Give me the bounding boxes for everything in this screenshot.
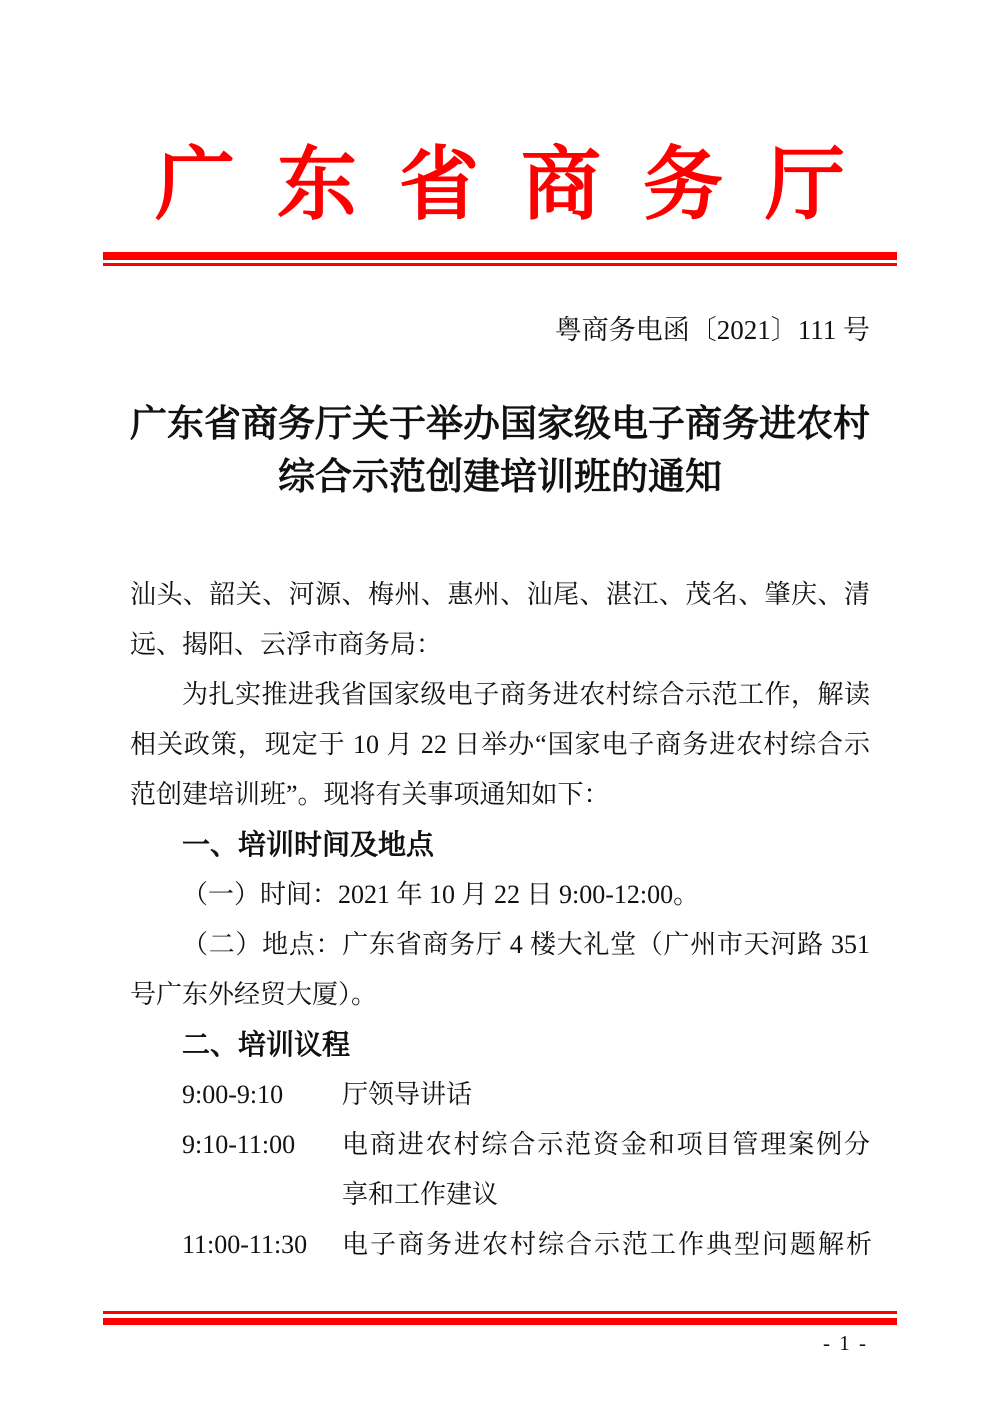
agenda-desc-2: 电商进农村综合示范资金和项目管理案例分 (342, 1120, 870, 1170)
agenda-time-1: 9:00-9:10 (182, 1070, 342, 1120)
footer-divider-thick-line (103, 1318, 897, 1325)
footer-divider (103, 1311, 897, 1325)
addressee-line-2: 远、揭阳、云浮市商务局： (130, 620, 870, 670)
training-place-line-2: 号广东外经贸大厦）。 (130, 970, 870, 1020)
letterhead-divider-thick-line (103, 252, 897, 260)
agenda-row-3: 11:00-11:30 电子商务进农村综合示范工作典型问题解析 (130, 1220, 870, 1270)
agenda-row-2-continued: 享和工作建议 (130, 1170, 870, 1220)
agenda-desc-1: 厅领导讲话 (342, 1070, 870, 1120)
training-time-line: （一）时间：2021 年 10 月 22 日 9:00-12:00。 (130, 870, 870, 920)
doc-number: 粤商务电函〔2021〕111 号 (555, 313, 870, 347)
addressee-line-1: 汕头、韶关、河源、梅州、惠州、汕尾、湛江、茂名、肇庆、清 (130, 570, 870, 620)
agenda-time-2: 9:10-11:00 (182, 1120, 342, 1170)
intro-paragraph-line-1: 为扎实推进我省国家级电子商务进农村综合示范工作，解读 (130, 670, 870, 720)
letterhead-divider (103, 252, 897, 266)
intro-paragraph-line-3: 范创建培训班”。现将有关事项通知如下： (130, 770, 870, 820)
doc-title-line-2: 综合示范创建培训班的通知 (0, 451, 1000, 504)
intro-paragraph-line-2: 相关政策，现定于 10 月 22 日举办“国家电子商务进农村综合示 (130, 720, 870, 770)
agenda-time-3: 11:00-11:30 (182, 1220, 342, 1270)
agenda-row-2: 9:10-11:00 电商进农村综合示范资金和项目管理案例分 (130, 1120, 870, 1170)
agenda-desc-2-continued: 享和工作建议 (342, 1170, 870, 1220)
agenda-time-2-continued (182, 1170, 342, 1220)
document-page: 广东省商务厅 粤商务电函〔2021〕111 号 广东省商务厅关于举办国家级电子商… (0, 0, 1000, 1414)
training-place-line-1: （二）地点：广东省商务厅 4 楼大礼堂（广州市天河路 351 (130, 920, 870, 970)
letterhead-org-name: 广东省商务厅 (0, 138, 1000, 234)
letterhead-divider-thin-line (103, 263, 897, 266)
section-heading-2: 二、培训议程 (130, 1020, 870, 1070)
doc-title-line-1: 广东省商务厅关于举办国家级电子商务进农村 (0, 398, 1000, 451)
document-body: 汕头、韶关、河源、梅州、惠州、汕尾、湛江、茂名、肇庆、清 远、揭阳、云浮市商务局… (130, 570, 870, 1270)
doc-title: 广东省商务厅关于举办国家级电子商务进农村 综合示范创建培训班的通知 (0, 398, 1000, 504)
page-number: - 1 - (823, 1331, 868, 1355)
section-heading-1: 一、培训时间及地点 (130, 820, 870, 870)
agenda-row-1: 9:00-9:10 厅领导讲话 (130, 1070, 870, 1120)
agenda-desc-3: 电子商务进农村综合示范工作典型问题解析 (342, 1220, 874, 1270)
